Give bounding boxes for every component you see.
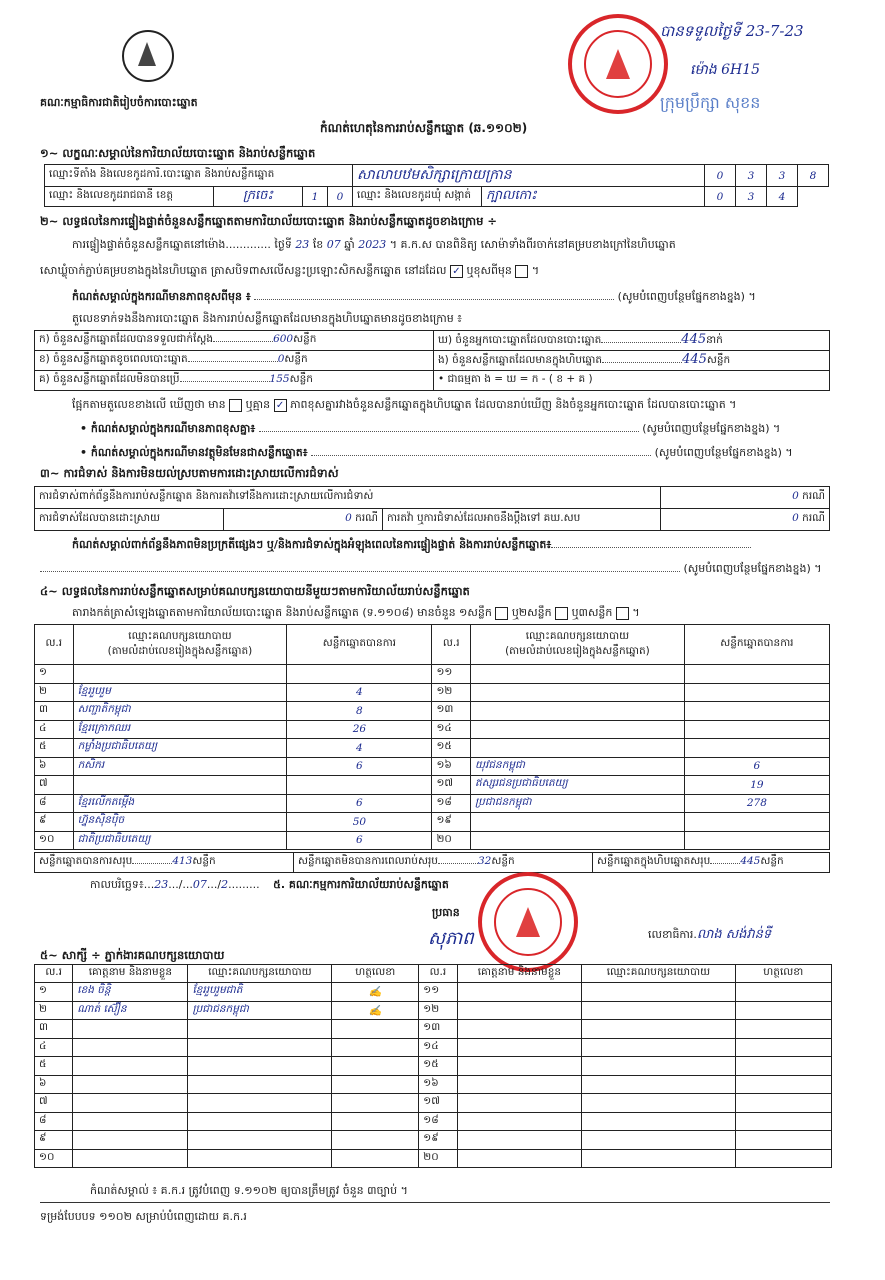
row-number: ២០ [432,831,471,850]
row-number: ១៧ [432,776,471,795]
counts-intro: តួលេខទាក់ទងនឹងការបោះឆ្នោត និងការរាប់សន្ល… [72,312,462,328]
party-results-table: ល.រ ឈ្មោះគណបក្សនយោបាយ(តាមលំដាប់លេខរៀងក្ន… [34,624,830,850]
party-votes[interactable] [684,720,829,739]
table-row: ៣១៣ [35,1020,832,1039]
province-name[interactable]: ក្រចេះ [214,187,303,207]
witness-signature[interactable] [735,1001,831,1020]
party-votes[interactable]: 6 [684,757,829,776]
col-signature: ហត្ថលេខា [735,965,831,983]
party-votes[interactable] [684,683,829,702]
table-row: ១០២០ [35,1149,832,1168]
table-row: ៧១៧ឥស្សរជនប្រជាធិបតេយ្យ19 [35,776,830,795]
section5-title: ៥~ សាក្សី ÷ ភ្នាក់ងារគណបក្សនយោបាយ [40,948,224,965]
party-name[interactable] [471,813,685,832]
party-votes[interactable]: 4 [287,739,432,758]
col-no: ល.រ [35,625,74,665]
col-name: គោត្តនាម និងនាមខ្លួន [73,965,188,983]
unused-ballots-value[interactable]: 155 [270,373,290,385]
witness-signature[interactable] [332,1038,419,1057]
objections-table: ការជំទាស់ពាក់ព័ន្ធនឹងការរាប់សន្លឹកឆ្នោត … [34,486,830,531]
col-party-title: ឈ្មោះគណបក្សនយោបាយ [128,630,231,642]
row-number: ១៥ [432,739,471,758]
committee-label: ៥. គណៈកម្មការការិយាល័យរាប់សន្លឹកឆ្នោត [273,878,449,891]
unit-label: ករណី [802,490,825,502]
footnote: កំណត់សម្គាល់ ៖ គ.ក.រ ត្រូវបំពេញ ទ.១១០២ ឲ… [90,1184,408,1200]
col-name: គោត្តនាម និងនាមខ្លួន [457,965,582,983]
party-name[interactable] [471,720,685,739]
row-number: ២ [35,683,74,702]
appeal-label: ការតវ៉ា ឬការជំទាស់ដែលអាចនឹងប្តឹងទៅ គឃ.សប [383,509,661,531]
col-votes: សន្លឹកឆ្នោតបានការ [287,625,432,665]
period: ។ [532,264,539,277]
verification-text: ។ គ.ក.ស បានពិនិត្យ សោម៉ាទាំងពីរចាក់នៅគម្… [390,238,676,251]
bullet1-label: • កំណត់សម្គាល់ក្នុងករណីមានភាពខុសគ្នា៖ [80,422,255,435]
appeal-value[interactable]: 0 [792,512,799,524]
station-code-digit[interactable]: 0 [705,165,736,187]
witness-signature[interactable] [735,1038,831,1057]
tally-intro: តារាងកត់ត្រាសំឡេងឆ្នោតតាមការិយាល័យបោះឆ្ន… [72,606,492,619]
table-row: ៤ខ្មែរក្រោកឈរ26១៤ [35,720,830,739]
resolved-label: ការជំទាស់ដែលបានដោះស្រាយ [35,509,224,531]
row-number: ១៣ [419,1020,457,1039]
witness-name[interactable] [457,1131,582,1150]
witness-party[interactable] [582,1149,735,1168]
party-votes[interactable]: 50 [287,813,432,832]
seal-status-text: សោឃ្លុំចាក់ភ្ជាប់គម្របខាងក្នុងនៃហិបឆ្នោត… [40,264,447,277]
party-votes[interactable] [684,702,829,721]
chairman-label: ប្រធាន [432,906,460,922]
seal-status-line: សោឃ្លុំចាក់ភ្ជាប់គម្របខាងក្នុងនៃហិបឆ្នោត… [40,264,539,280]
total-valid-value[interactable]: 413 [172,855,192,867]
unit-label: ករណី [355,512,378,524]
commune-code-digit[interactable]: 0 [705,187,736,207]
row-number: ៨ [35,794,74,813]
witness-signature[interactable] [332,1020,419,1039]
row-number: ១០ [35,831,74,850]
three-sheet-label: ឬ៣សន្លឹក [572,606,613,619]
witness-signature[interactable] [735,1131,831,1150]
box-ballots-value[interactable]: 445 [682,352,707,367]
totals-table: សន្លឹកឆ្នោតបានការសរុប413សន្លឹក សន្លឹកឆ្ន… [34,852,830,873]
unit-label: ករណី [802,512,825,524]
date-day[interactable]: 23 [154,878,168,891]
row-number: ២០ [419,1149,457,1168]
ballot-counts-table: ក) ចំនួនសន្លឹកឆ្នោតដែលបានទទួលជាក់ស្តែង60… [34,330,830,391]
witness-name[interactable] [457,1038,582,1057]
witness-name[interactable] [457,1001,582,1020]
discrepancy-none-label: ឬគ្មាន [246,398,270,411]
witness-name[interactable] [73,1094,188,1113]
date-year[interactable]: 2 [221,878,228,891]
witness-party[interactable] [188,1094,332,1113]
witness-signature[interactable] [735,1020,831,1039]
col-party: ឈ្មោះគណបក្សនយោបាយ(តាមលំដាប់លេខរៀងក្នុងសន… [471,625,685,665]
witness-signature[interactable] [735,983,831,1002]
witness-party[interactable] [188,1020,332,1039]
tally-sheet-line: តារាងកត់ត្រាសំឡេងឆ្នោតតាមការិយាល័យបោះឆ្ន… [72,606,640,622]
unit-label: សន្លឹក [293,333,316,345]
table-row: ២ណាត់ ស៊ឿនប្រជាជនកម្ពុជា✍១២ [35,1001,832,1020]
verification-time-label: ការផ្ទៀងផ្ទាត់ចំនួនសន្លឹកឆ្នោតនៅម៉ោង....… [72,238,292,251]
witness-signature[interactable] [332,1075,419,1094]
party-name[interactable]: ប្រជាជនកម្ពុជា [471,794,685,813]
bullet2-input[interactable] [311,455,651,456]
row-number: ១៨ [432,794,471,813]
formula: • ជាធម្មតា ង = ឃ = ក - ( ខ + គ ) [434,371,830,391]
secretary-label: លេខាធិការ. [648,928,697,941]
row-number: ១០ [35,1149,73,1168]
section2-title: ២~ លទ្ធផលនៃការផ្ទៀងផ្ទាត់ចំនួនសន្លឹកឆ្នោ… [40,214,497,231]
receipt-stamp-text: ក្រុមប្រឹក្សា សុខន [660,92,760,116]
section1-title: ១~ លក្ខណៈសម្គាល់នៃការិយាល័យបោះឆ្នោត និងរ… [40,146,315,163]
form-reference: ទម្រង់បែបបទ ១១០២ សម្រាប់បំពេញដោយ គ.ក.រ [40,1210,247,1226]
party-name[interactable]: កសិករ [73,757,287,776]
resolved-value[interactable]: 0 [345,512,352,524]
objections-value[interactable]: 0 [792,490,799,502]
secretary-line: លេខាធិការ.លាង សង់វាន់ទី [648,926,771,945]
party-name[interactable] [471,683,685,702]
witness-party[interactable] [582,1020,735,1039]
col-party: ឈ្មោះគណបក្សនយោបាយ(តាមលំដាប់លេខរៀងក្នុងសន… [73,625,287,665]
witness-name[interactable] [457,1149,582,1168]
party-votes[interactable]: 8 [287,702,432,721]
date-label: កាលបរិច្ឆេទ៖ [90,878,144,891]
row-number: ១៤ [419,1038,457,1057]
year-label: ឆ្នាំ [344,238,354,251]
unused-ballots-label: គ) ចំនួនសន្លឹកឆ្នោតដែលមិនបានប្រើ [39,373,180,385]
witness-name[interactable] [73,1149,188,1168]
witness-table: ល.រ គោត្តនាម និងនាមខ្លួន ឈ្មោះគណបក្សនយោប… [34,964,832,1168]
witness-signature[interactable]: ✍ [332,983,419,1002]
witness-party[interactable] [582,1112,735,1131]
official-stamp [568,14,668,114]
row-number: ១ [35,665,74,684]
section3-note-input-2[interactable] [40,571,680,572]
witness-signature[interactable] [332,1057,419,1076]
row-number: ១៣ [432,702,471,721]
col-no: ល.រ [35,965,73,983]
party-name[interactable]: កម្លាំងប្រជាធិបតេយ្យ [73,739,287,758]
note1-input[interactable] [254,299,614,300]
unit-label: សន្លឹក [760,855,783,867]
total-invalid-label: សន្លឹកឆ្នោតមិនបានការពេលរាប់សរុប [298,855,438,867]
party-name[interactable] [471,739,685,758]
col-party-title: ឈ្មោះគណបក្សនយោបាយ [526,630,629,642]
party-name[interactable]: ខ្មែរក្រោកឈរ [73,720,287,739]
party-name[interactable]: យុវជនកម្ពុជា [471,757,685,776]
row-number: ១៦ [419,1075,457,1094]
witness-name[interactable] [457,1112,582,1131]
changed-label: ឬខុសពីមុន [467,264,512,277]
witness-signature[interactable] [735,1094,831,1113]
table-row: ៥១៥ [35,1057,832,1076]
date-month[interactable]: 07 [193,878,207,891]
province-code-digit[interactable]: 0 [328,187,353,207]
total-valid-label: សន្លឹកឆ្នោតបានការសរុប [39,855,132,867]
party-votes[interactable] [684,831,829,850]
witness-signature[interactable] [332,1112,419,1131]
party-votes[interactable]: 19 [684,776,829,795]
receipt-note-line2: ម៉ោង 6H15 [690,60,760,81]
table-row: ២ខ្មែររួបរួម4១២ [35,683,830,702]
footer-divider [40,1202,830,1203]
party-votes[interactable]: 4 [287,683,432,702]
table-row: ៨១៨ [35,1112,832,1131]
province-code-digit[interactable]: 1 [303,187,328,207]
witness-name[interactable]: ណាត់ ស៊ឿន [73,1001,188,1020]
party-votes[interactable]: 6 [287,831,432,850]
changed-checkbox[interactable] [515,265,528,278]
verification-paragraph: ការផ្ទៀងផ្ទាត់ចំនួនសន្លឹកឆ្នោតនៅម៉ោង....… [72,238,676,254]
commune-label: ឈ្មោះ និងលេខកូដឃុំ សង្កាត់ [353,187,482,207]
row-number: ១៥ [419,1057,457,1076]
witness-name[interactable] [457,983,582,1002]
secretary-signature: លាង សង់វាន់ទី [697,927,771,942]
witness-party[interactable] [188,1131,332,1150]
party-name[interactable] [73,665,287,684]
row-number: ១ [35,983,73,1002]
total-invalid-value[interactable]: 32 [478,855,491,867]
table-row: ១០ជាតិប្រជាធិបតេយ្យ6២០ [35,831,830,850]
witness-name[interactable] [457,1057,582,1076]
col-no: ល.រ [419,965,457,983]
commune-code-digit[interactable]: 4 [767,187,798,207]
table-row: ៤១៤ [35,1038,832,1057]
section3-note: កំណត់សម្គាល់ពាក់ព័ន្ធនឹងភាពមិនប្រក្រតីផ្… [72,538,832,554]
table-row: ៦១៦ [35,1075,832,1094]
commune-code-digit[interactable]: 3 [736,187,767,207]
witness-name[interactable] [457,1020,582,1039]
witness-signature[interactable] [735,1075,831,1094]
party-votes[interactable] [684,739,829,758]
row-number: ៨ [35,1112,73,1131]
intact-checkbox[interactable]: ✓ [450,265,463,278]
witness-party[interactable] [188,1075,332,1094]
committee-stamp [478,872,578,972]
bullet1-input[interactable] [259,431,639,432]
row-number: ៤ [35,720,74,739]
station-label: ឈ្មោះទីតាំង និងលេខកូដការិ.បោះឆ្នោត និងរា… [45,165,353,187]
col-party: ឈ្មោះគណបក្សនយោបាយ [188,965,332,983]
date-line: កាលបរិច្ឆេទ៖...23.../...07.../2.........… [90,878,449,894]
row-number: ១៦ [432,757,471,776]
bullet1-line: • កំណត់សម្គាល់ក្នុងករណីមានភាពខុសគ្នា៖ (ស… [80,422,830,438]
row-number: ៧ [35,776,74,795]
three-sheet-checkbox[interactable] [616,607,629,620]
row-number: ១១ [432,665,471,684]
witness-name[interactable] [73,1038,188,1057]
unit-label: សន្លឹក [192,855,215,867]
witness-name[interactable] [457,1075,582,1094]
unit-label: សន្លឹក [290,373,313,385]
witness-party[interactable] [582,1038,735,1057]
form-title: កំណត់ហេតុនៃការរាប់សន្លឹកឆ្នោត (ឆ.១១០២) [320,120,527,138]
witness-signature[interactable] [332,1131,419,1150]
row-number: ៩ [35,813,74,832]
witness-signature[interactable] [735,1057,831,1076]
discrepancy-line: ផ្អែកតាមតួលេខខាងលើ ឃើញថា មាន ឬគ្មាន ✓ ភា… [72,398,736,414]
row-number: ៤ [35,1038,73,1057]
note1-line: កំណត់សម្គាល់ក្នុងករណីមានភាពខុសពីមុន ៖ (ស… [72,290,832,306]
party-name[interactable]: ខ្មែររួបរួម [73,683,287,702]
discrepancy-has-label: ផ្អែកតាមតួលេខខាងលើ ឃើញថា មាន [72,398,226,411]
table-row: ៣សញ្ជាតិកម្ពុជា8១៣ [35,702,830,721]
party-votes[interactable] [287,776,432,795]
witness-signature[interactable] [735,1112,831,1131]
row-number: ៥ [35,739,74,758]
bullet1-suffix: (សូមបំពេញបន្ថែមផ្នែកខាងខ្នង) ។ [642,422,780,435]
verification-year[interactable]: 2023 [358,238,386,251]
row-number: ១២ [419,1001,457,1020]
total-box-value[interactable]: 445 [740,855,760,867]
has-discrepancy-checkbox[interactable] [229,399,242,412]
party-votes[interactable]: 26 [287,720,432,739]
party-name[interactable] [73,776,287,795]
bullet2-line: • កំណត់សម្គាល់ក្នុងករណីមានវត្ថុមិនមែនជាស… [80,446,830,462]
row-number: ២ [35,1001,73,1020]
spoiled-ballots-label: ខ) ចំនួនសន្លឹកឆ្នោតខូចពេលបោះឆ្នោត [39,353,188,365]
station-name[interactable]: សាលាបឋមសិក្សាក្រោយក្រាន [353,165,705,187]
party-votes[interactable]: 278 [684,794,829,813]
col-signature: ហត្ថលេខា [332,965,419,983]
table-row: ៩ហ្វ៊ុនស៊ិនប៉ិច50១៩ [35,813,830,832]
objections-label: ការជំទាស់ពាក់ព័ន្ធនឹងការរាប់សន្លឹកឆ្នោត … [35,487,661,509]
row-number: ៣ [35,1020,73,1039]
two-sheet-label: ឬ២សន្លឹក [512,606,552,619]
section3-title: ៣~ ការជំទាស់ និងការមិនយល់ស្របតាមការដោះស្… [40,466,339,483]
witness-name[interactable]: ខេង ចិន្តិ [73,983,188,1002]
party-votes[interactable]: 6 [287,794,432,813]
table-row: ១១១ [35,665,830,684]
col-votes: សន្លឹកឆ្នោតបានការ [684,625,829,665]
station-code-digit[interactable]: 3 [767,165,798,187]
province-label: ឈ្មោះ និងលេខកូដរាជធានី ខេត្ត [45,187,214,207]
section3-note-line2: (សូមបំពេញបន្ថែមផ្នែកខាងខ្នង) ។ [40,562,830,578]
section3-note-suffix: (សូមបំពេញបន្ថែមផ្នែកខាងខ្នង) ។ [684,562,822,575]
witness-party[interactable] [188,1149,332,1168]
party-name[interactable]: ហ្វ៊ុនស៊ិនប៉ិច [73,813,287,832]
box-ballots-label: ង) ចំនួនសន្លឹកឆ្នោតដែលមានក្នុងហិបឆ្នោត [438,354,602,366]
party-name[interactable]: ឥស្សរជនប្រជាធិបតេយ្យ [471,776,685,795]
col-party-subtitle: (តាមលំដាប់លេខរៀងក្នុងសន្លឹកឆ្នោត) [505,645,650,657]
org-name: គណៈកម្មាធិការជាតិរៀបចំការបោះឆ្នោត [40,96,198,112]
received-ballots-label: ក) ចំនួនសន្លឹកឆ្នោតដែលបានទទួលជាក់ស្តែង [39,333,213,345]
witness-name[interactable] [73,1075,188,1094]
party-name[interactable]: ជាតិប្រជាធិបតេយ្យ [73,831,287,850]
witness-party[interactable] [188,1057,332,1076]
witness-party[interactable]: ខ្មែររួបរួមជាតិ [188,983,332,1002]
party-name[interactable] [471,665,685,684]
total-box-label: សន្លឹកឆ្នោតក្នុងហិបឆ្នោតសរុប [597,855,710,867]
party-name[interactable] [471,702,685,721]
row-number: ១៧ [419,1094,457,1113]
witness-party[interactable] [582,1075,735,1094]
party-votes[interactable]: 6 [287,757,432,776]
party-votes[interactable] [287,665,432,684]
bullet2-label: • កំណត់សម្គាល់ក្នុងករណីមានវត្ថុមិនមែនជាស… [80,446,308,459]
table-row: ៨ខ្មែរលើកតម្កើង6១៨ប្រជាជនកម្ពុជា278 [35,794,830,813]
voters-value[interactable]: 445 [681,332,706,347]
received-ballots-value[interactable]: 600 [273,333,293,345]
witness-signature[interactable]: ✍ [332,1001,419,1020]
row-number: ៩ [35,1131,73,1150]
col-party-subtitle: (តាមលំដាប់លេខរៀងក្នុងសន្លឹកឆ្នោត) [108,645,253,657]
witness-party[interactable] [582,1057,735,1076]
witness-signature[interactable] [332,1149,419,1168]
chairman-signature: សុភាព [428,926,474,953]
no-discrepancy-checkbox[interactable]: ✓ [274,399,287,412]
one-sheet-checkbox[interactable] [495,607,508,620]
verification-month[interactable]: 07 [327,238,341,251]
section4-title: ៤~ លទ្ធផលនៃការរាប់សន្លឹកឆ្នោតសម្រាប់គណបក… [40,584,470,601]
row-number: ១៩ [419,1131,457,1150]
polling-station-table: ឈ្មោះទីតាំង និងលេខកូដការិ.បោះឆ្នោត និងរា… [44,164,829,207]
row-number: ១២ [432,683,471,702]
unit-label: សន្លឹក [707,354,730,366]
row-number: ៣ [35,702,74,721]
witness-party[interactable] [582,983,735,1002]
row-number: ៦ [35,1075,73,1094]
col-party: ឈ្មោះគណបក្សនយោបាយ [582,965,735,983]
station-code-digit[interactable]: 3 [736,165,767,187]
party-name[interactable]: ខ្មែរលើកតម្កើង [73,794,287,813]
party-name[interactable]: សញ្ជាតិកម្ពុជា [73,702,287,721]
party-votes[interactable] [684,665,829,684]
station-code-digit[interactable]: 8 [798,165,829,187]
witness-party[interactable] [582,1131,735,1150]
witness-name[interactable] [457,1094,582,1113]
unit-label: សន្លឹក [284,353,307,365]
month-label: ខែ [313,238,323,251]
receipt-note-line1: បានទទួលថ្ងៃទី 23-7-23 [660,22,804,44]
witness-party[interactable] [188,1112,332,1131]
note1-suffix: (សូមបំពេញបន្ថែមផ្នែកខាងខ្នង) ។ [618,290,756,303]
unit-label: នាក់ [706,334,723,346]
row-number: ១៤ [432,720,471,739]
witness-signature[interactable] [332,1094,419,1113]
table-row: ១ខេង ចិន្តិខ្មែររួបរួមជាតិ✍១១ [35,983,832,1002]
witness-name[interactable] [73,1057,188,1076]
party-name[interactable] [471,831,685,850]
two-sheet-checkbox[interactable] [555,607,568,620]
witness-name[interactable] [73,1131,188,1150]
witness-signature[interactable] [735,1149,831,1168]
row-number: ៧ [35,1094,73,1113]
party-votes[interactable] [684,813,829,832]
voters-label: ឃ) ចំនួនអ្នកបោះឆ្នោតដែលបានបោះឆ្នោត [438,334,601,346]
witness-name[interactable] [73,1112,188,1131]
col-no: ល.រ [432,625,471,665]
witness-party[interactable]: ប្រជាជនកម្ពុជា [188,1001,332,1020]
verification-day[interactable]: 23 [295,238,309,251]
row-number: ៦ [35,757,74,776]
witness-party[interactable] [582,1094,735,1113]
nec-logo [122,30,174,82]
section3-note-label: កំណត់សម្គាល់ពាក់ព័ន្ធនឹងភាពមិនប្រក្រតីផ្… [72,538,551,551]
discrepancy-text: ភាពខុសគ្នារវាងចំនួនសន្លឹកឆ្នោតក្នុងហិបឆ្… [290,398,736,411]
bullet2-suffix: (សូមបំពេញបន្ថែមផ្នែកខាងខ្នង) ។ [655,446,793,459]
unit-label: សន្លឹក [491,855,514,867]
row-number: ៥ [35,1057,73,1076]
row-number: ១១ [419,983,457,1002]
witness-party[interactable] [582,1001,735,1020]
row-number: ១៨ [419,1112,457,1131]
commune-name[interactable]: ក្បាលកោះ [482,187,705,207]
witness-party[interactable] [188,1038,332,1057]
section3-note-input[interactable] [551,547,751,548]
table-row: ៥កម្លាំងប្រជាធិបតេយ្យ4១៥ [35,739,830,758]
witness-name[interactable] [73,1020,188,1039]
